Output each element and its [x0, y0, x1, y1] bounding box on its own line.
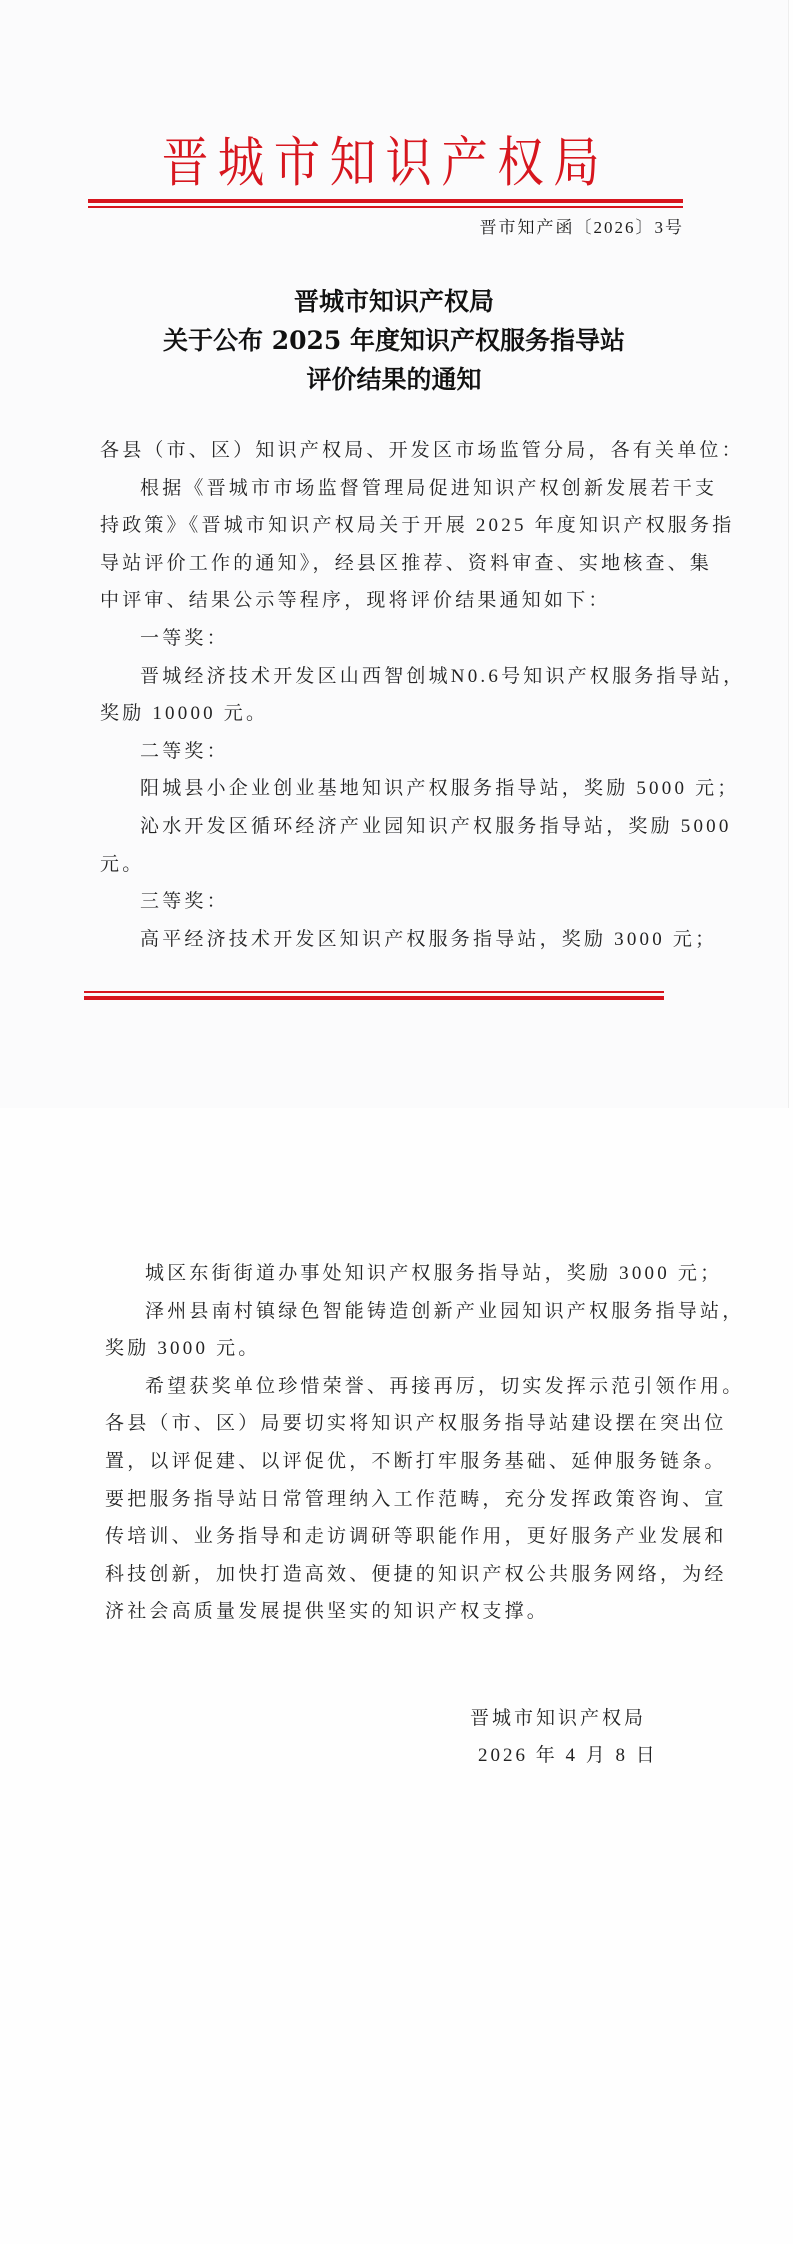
footer-rule-thick	[84, 996, 664, 1000]
award-heading-third: 三等奖：	[100, 883, 700, 921]
body-line: 置，以评促建、以评促优，不断打牢服务基础、延伸服务链条。	[105, 1443, 705, 1481]
signature-block: 晋城市知识产权局 2026 年 4 月 8 日	[470, 1700, 658, 1774]
masthead-rule-thick	[88, 199, 683, 203]
body-line: 导站评价工作的通知》，经县区推荐、资料审查、实地核查、集	[100, 545, 700, 583]
body-line: 济社会高质量发展提供坚实的知识产权支撑。	[105, 1593, 705, 1631]
title-line: 评价结果的通知	[0, 360, 788, 399]
issue-date: 2026 年 4 月 8 日	[470, 1737, 658, 1774]
award-entry-cont: 元。	[100, 846, 700, 884]
body-line: 科技创新，加快打造高效、便捷的知识产权公共服务网络，为经	[105, 1556, 705, 1594]
notice-body-page-2: 城区东街街道办事处知识产权服务指导站，奖励 3000 元； 泽州县南村镇绿色智能…	[105, 1255, 705, 1631]
award-entry-cont: 奖励 3000 元。	[105, 1330, 705, 1368]
body-line: 各县（市、区）局要切实将知识产权服务指导站建设摆在突出位	[105, 1405, 705, 1443]
body-line: 传培训、业务指导和走访调研等职能作用，更好服务产业发展和	[105, 1518, 705, 1556]
title-line: 关于公布 2025 年度知识产权服务指导站	[0, 321, 788, 360]
body-line: 要把服务指导站日常管理纳入工作范畴，充分发挥政策咨询、宣	[105, 1481, 705, 1519]
award-entry: 城区东街街道办事处知识产权服务指导站，奖励 3000 元；	[105, 1255, 705, 1293]
award-entry: 高平经济技术开发区知识产权服务指导站，奖励 3000 元；	[100, 921, 700, 959]
award-heading-second: 二等奖：	[100, 733, 700, 771]
document-page-1: 晋城市知识产权局 晋市知产函〔2026〕3号 晋城市知识产权局 关于公布 202…	[0, 0, 789, 1108]
footer-rule-thin	[84, 991, 664, 993]
award-entry: 沁水开发区循环经济产业园知识产权服务指导站，奖励 5000	[100, 808, 700, 846]
body-line: 中评审、结果公示等程序，现将评价结果通知如下：	[100, 582, 700, 620]
award-entry: 泽州县南村镇绿色智能铸造创新产业园知识产权服务指导站，	[105, 1293, 705, 1331]
issuer-name: 晋城市知识产权局	[470, 1700, 658, 1737]
body-line: 持政策》《晋城市知识产权局关于开展 2025 年度知识产权服务指	[100, 507, 700, 545]
notice-body-page-1: 各县（市、区）知识产权局、开发区市场监管分局，各有关单位： 根据《晋城市市场监督…	[100, 432, 700, 958]
award-entry: 晋城经济技术开发区山西智创城N0.6号知识产权服务指导站，	[100, 658, 700, 696]
document-number: 晋市知产函〔2026〕3号	[480, 213, 685, 238]
award-entry-cont: 奖励 10000 元。	[100, 695, 700, 733]
masthead-title: 晋城市知识产权局	[130, 130, 642, 196]
salutation: 各县（市、区）知识产权局、开发区市场监管分局，各有关单位：	[100, 432, 700, 470]
body-line: 根据《晋城市市场监督管理局促进知识产权创新发展若干支	[100, 470, 700, 508]
body-line: 希望获奖单位珍惜荣誉、再接再厉，切实发挥示范引领作用。	[105, 1368, 705, 1406]
notice-title: 晋城市知识产权局 关于公布 2025 年度知识产权服务指导站 评价结果的通知	[0, 282, 788, 399]
award-entry: 阳城县小企业创业基地知识产权服务指导站，奖励 5000 元；	[100, 770, 700, 808]
award-heading-first: 一等奖：	[100, 620, 700, 658]
title-line: 晋城市知识产权局	[0, 282, 788, 321]
masthead-rule-thin	[88, 206, 683, 208]
